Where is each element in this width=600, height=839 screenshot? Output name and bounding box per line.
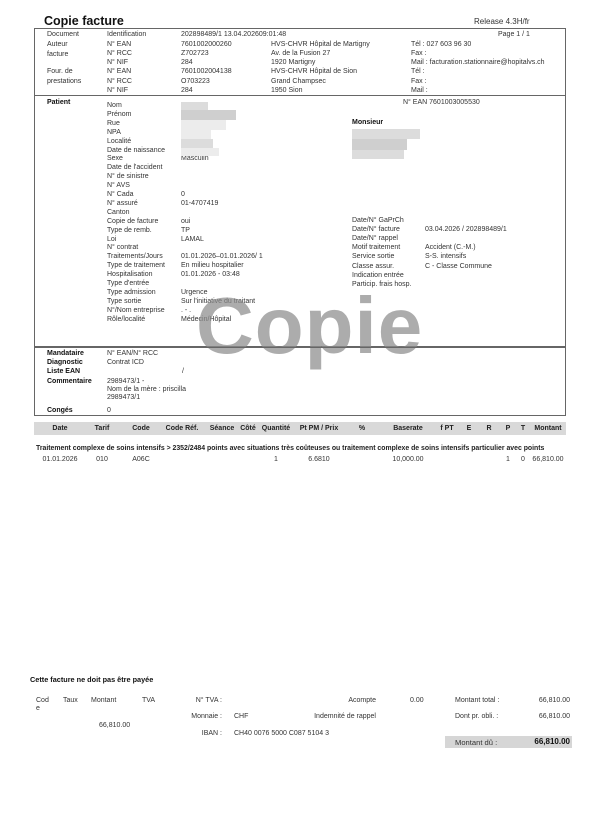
page-number: Page 1 / 1: [498, 31, 530, 38]
cell-prix: 6.6810: [297, 456, 341, 463]
patient-field-value: 0: [181, 191, 185, 198]
column-header: E: [463, 425, 475, 432]
release-version: Release 4.3H/fr: [474, 17, 530, 26]
extra-box: [34, 347, 566, 416]
patient-right-label: Date/N° facture: [352, 226, 400, 233]
patient-field-value: 01.01.2026–01.01.2026/ 1: [181, 253, 263, 260]
author-street: Av. de la Fusion 27: [271, 50, 330, 57]
patient-field-value: 01.01.2026 - 03:48: [181, 271, 240, 278]
patient-field-value: Masculin: [181, 155, 209, 162]
patient-field-label: N° assuré: [107, 200, 138, 207]
patient-field-label: Hospitalisation: [107, 271, 153, 278]
patient-right-value: C - Classe Commune: [425, 263, 492, 270]
author-rcc: Z702723: [181, 50, 209, 57]
patient-field-label: Type de remb.: [107, 227, 152, 234]
author-city: 1920 Martigny: [271, 59, 315, 66]
patient-right-label: Date/N° rappel: [352, 235, 398, 242]
currency-label: Monnaie :: [180, 713, 222, 720]
provider-city: 1950 Sion: [271, 87, 303, 94]
amount-due-label: Montant dû :: [455, 738, 497, 747]
patient-ean: N° EAN 7601003005530: [403, 99, 480, 106]
author-ean: 7601002000260: [181, 41, 232, 48]
patient-field-label: Type de traitement: [107, 262, 165, 269]
patient-right-label: Service sortie: [352, 253, 394, 260]
redacted-locality: [181, 139, 213, 148]
amount-due-value: 66,810.00: [505, 737, 570, 746]
cell-code: A06C: [121, 456, 161, 463]
patient-field-value: TP: [181, 227, 190, 234]
patient-field-label: Sexe: [107, 155, 123, 162]
vat-header-amount: Montant: [91, 697, 116, 704]
provider-fax: Fax :: [411, 78, 427, 85]
vat-header-rate: Taux: [63, 697, 78, 704]
total-value: 66,810.00: [510, 697, 570, 704]
redacted-address-line-2: [352, 139, 407, 150]
redacted-firstname: [181, 110, 236, 120]
document-label: Document: [47, 31, 79, 38]
author-nif: 284: [181, 59, 193, 66]
patient-right-label: Indication entrée: [352, 272, 404, 279]
patient-field-label: N° Cada: [107, 191, 134, 198]
author-label: Auteur facture: [47, 40, 87, 60]
provider-street: Grand Champsec: [271, 78, 326, 85]
column-header: Tarif: [90, 425, 114, 432]
column-header: Code: [121, 425, 161, 432]
column-header: T: [518, 425, 528, 432]
cell-baserate: 10,000.00: [383, 456, 433, 463]
oblig-value: 66,810.00: [510, 713, 570, 720]
patient-field-label: Localité: [107, 138, 131, 145]
patient-field-label: Date de l'accident: [107, 164, 162, 171]
patient-field-label: Copie de facture: [107, 218, 158, 225]
patient-field-label: Nom: [107, 102, 122, 109]
redacted-name: [181, 102, 208, 110]
cell-date: 01.01.2026: [35, 456, 85, 463]
vat-header-code: Cod e: [36, 697, 46, 713]
column-header: Montant: [531, 425, 565, 432]
author-name: HVS-CHVR Hôpital de Martigny: [271, 41, 370, 48]
patient-field-value: . - .: [181, 307, 191, 314]
cell-quantite: 1: [260, 456, 292, 463]
patient-field-label: Type sortie: [107, 298, 141, 305]
column-header: Pt PM / Prix: [297, 425, 341, 432]
identification-label: Identification: [107, 31, 146, 38]
patient-field-label: Rue: [107, 120, 120, 127]
tva-number-label: N° TVA :: [180, 697, 222, 704]
vat-header-tva: TVA: [142, 697, 155, 704]
author-rcc-label: N° RCC: [107, 50, 132, 57]
provider-tel: Tél :: [411, 68, 425, 75]
provider-mail: Mail :: [411, 87, 428, 94]
service-group-title: Traitement complexe de soins intensifs >…: [36, 445, 544, 452]
patient-field-label: Prénom: [107, 111, 132, 118]
provider-ean: 7601002004138: [181, 68, 232, 75]
redacted-street: [181, 120, 226, 130]
cell-tarif: 010: [90, 456, 114, 463]
patient-field-label: NPA: [107, 129, 121, 136]
oblig-label: Dont pr. obli. :: [455, 713, 498, 720]
currency-value: CHF: [234, 713, 248, 720]
patient-field-label: N°/Nom entreprise: [107, 307, 165, 314]
patient-field-label: N° contrat: [107, 244, 138, 251]
patient-salutation: Monsieur: [352, 119, 383, 126]
redacted-birthdate: [181, 148, 219, 156]
page-title: Copie facture: [44, 14, 124, 28]
provider-rcc: O703223: [181, 78, 210, 85]
indemnite-label: Indemnité de rappel: [300, 713, 376, 720]
patient-field-label: N° AVS: [107, 182, 130, 189]
total-label: Montant total :: [455, 697, 499, 704]
provider-nif-label: N° NIF: [107, 87, 128, 94]
cell-t: 0: [518, 456, 528, 463]
patient-field-value: 01-4707419: [181, 200, 218, 207]
redacted-address-line-3: [352, 150, 404, 159]
payment-notice: Cette facture ne doit pas être payée: [30, 675, 153, 684]
provider-nif: 284: [181, 87, 193, 94]
acompte-value: 0.00: [410, 697, 424, 704]
patient-field-label: Rôle/localité: [107, 316, 145, 323]
patient-field-label: Date de naissance: [107, 147, 165, 154]
provider-label-1: Four. de: [47, 68, 73, 75]
patient-field-label: N° de sinistre: [107, 173, 149, 180]
column-header: Quantité: [260, 425, 292, 432]
patient-field-label: Loi: [107, 236, 116, 243]
author-fax: Fax :: [411, 50, 427, 57]
column-header: Code Réf.: [164, 425, 200, 432]
author-nif-label: N° NIF: [107, 59, 128, 66]
acompte-label: Acompte: [300, 697, 376, 704]
patient-right-value: S-S. intensifs: [425, 253, 466, 260]
identification-value: 202898489/1 13.04.202609:01:48: [181, 31, 286, 38]
patient-right-value: Accident (C.-M.): [425, 244, 476, 251]
column-header: R: [483, 425, 495, 432]
iban-label: IBAN :: [180, 730, 222, 737]
patient-field-value: LAMAL: [181, 236, 204, 243]
patient-field-label: Type admission: [107, 289, 156, 296]
provider-ean-label: N° EAN: [107, 68, 131, 75]
patient-right-label: Motif traitement: [352, 244, 400, 251]
patient-field-label: Type d'entrée: [107, 280, 149, 287]
patient-label: Patient: [47, 99, 70, 106]
author-ean-label: N° EAN: [107, 41, 131, 48]
provider-rcc-label: N° RCC: [107, 78, 132, 85]
column-header: %: [347, 425, 377, 432]
author-tel: Tél : 027 603 96 30: [411, 41, 471, 48]
patient-field-label: Traitements/Jours: [107, 253, 163, 260]
cell-p: 1: [503, 456, 513, 463]
column-header: Baserate: [383, 425, 433, 432]
cell-montant: 66,810.00: [531, 456, 565, 463]
redacted-address-line-1: [352, 129, 420, 139]
vat-amount: 66,810.00: [99, 722, 130, 729]
patient-field-value: oui: [181, 218, 190, 225]
provider-label-2: prestations: [47, 78, 81, 85]
column-header: Côté: [239, 425, 257, 432]
patient-right-label: Classe assur.: [352, 263, 394, 270]
iban-value: CH40 0076 5000 C087 5104 3: [234, 730, 329, 737]
column-header: Séance: [209, 425, 235, 432]
author-mail: Mail : facturation.stationnaire@hopitalv…: [411, 59, 545, 66]
column-header: P: [503, 425, 513, 432]
provider-name: HVS-CHVR Hôpital de Sion: [271, 68, 357, 75]
patient-right-value: 03.04.2026 / 202898489/1: [425, 226, 507, 233]
patient-field-label: Canton: [107, 209, 130, 216]
patient-field-value: En milieu hospitalier: [181, 262, 244, 269]
patient-right-label: Date/N° GaPrCh: [352, 217, 404, 224]
column-header: Date: [35, 425, 85, 432]
redacted-npa: [181, 130, 211, 139]
column-header: f PT: [437, 425, 457, 432]
